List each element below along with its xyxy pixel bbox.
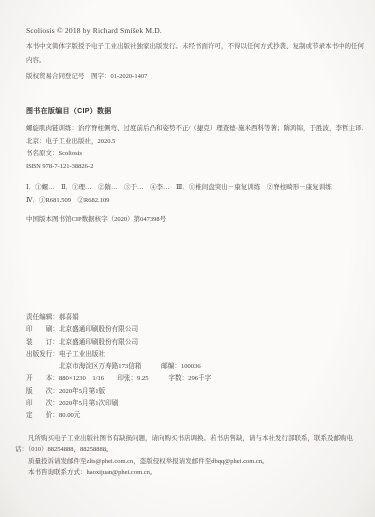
cip-entry: 螺旋肌肉链训练：治疗脊柱侧弯、过度前后凸和姿势不正/（捷克）理查德·施米西科等著… [26, 123, 363, 148]
publication-info-row: 北京市海淀区万寿路173信箱 邮编：100036 [26, 361, 211, 373]
publication-info-row: 开 本：880×1230 1/16 印张：9.25 字数：296千字 [26, 373, 211, 385]
notices-block: 凡所购买电子工业出版社图书有缺损问题，请向购买书店调换。若书店售缺，请与本社发行… [15, 433, 367, 478]
english-copyright-line: Scoliosis © 2018 by Richard Smíšek M.D. [26, 26, 162, 35]
copyright-registration-line: 版权贸易合同登记号 图字：01-2020-1407 [26, 70, 147, 84]
cip-original-title: 书名原文：Scoliosis [26, 148, 363, 161]
purchase-notice: 凡所购买电子工业出版社图书有缺损问题，请向购买书店调换。若书店售缺，请与本社发行… [15, 433, 367, 456]
cip-record-number: 中国版本图书馆CIP数据核字（2020）第047398号 [26, 214, 363, 227]
cip-classification-line-2: Ⅳ．①R681.509 ②R682.109 [26, 195, 363, 208]
publication-info-row: 印 次：2020年5月第1次印刷 [26, 398, 211, 410]
publication-info-row: 装 订：北京盛通印刷股份有限公司 [26, 337, 211, 349]
isbn-line: ISBN 978-7-121-38826-2 [26, 161, 363, 174]
cip-block: 图书在版编目（CIP）数据 螺旋肌肉链训练：治疗脊柱侧弯、过度前后凸和姿势不正/… [26, 106, 363, 226]
publication-info-row: 印 刷：北京盛通印刷股份有限公司 [26, 324, 211, 336]
license-statement: 本书中文简体字版授予电子工业出版社独家出版发行。未经书面许可，不得以任何方式抄袭… [26, 40, 364, 67]
publication-info-row: 版 次：2020年5月第1版 [26, 386, 211, 398]
publication-info-row: 定 价：80.00元 [26, 410, 211, 422]
cip-classification-line-1: Ⅰ．①螺… Ⅱ．①理… ②隋… ③于… ④李… Ⅲ．①椎间盘突出－康复训练 ②脊… [26, 182, 363, 195]
publication-info-row: 出版发行：电子工业出版社 [26, 349, 211, 361]
cip-heading: 图书在版编目（CIP）数据 [26, 106, 363, 116]
publication-info-row: 责任编辑：郝喜娟 [26, 312, 211, 324]
colophon-page: Scoliosis © 2018 by Richard Smíšek M.D. … [0, 0, 375, 517]
publication-info-block: 责任编辑：郝喜娟 印 刷：北京盛通印刷股份有限公司 装 订：北京盛通印刷股份有限… [26, 312, 211, 423]
contact-notice: 本书咨询联系方式：haoxijuan@phei.com.cn。 [15, 467, 367, 478]
complaint-notice: 质量投诉请发邮件至zlts@phei.com.cn，盗版侵权举报请发邮件至dbq… [15, 456, 367, 467]
